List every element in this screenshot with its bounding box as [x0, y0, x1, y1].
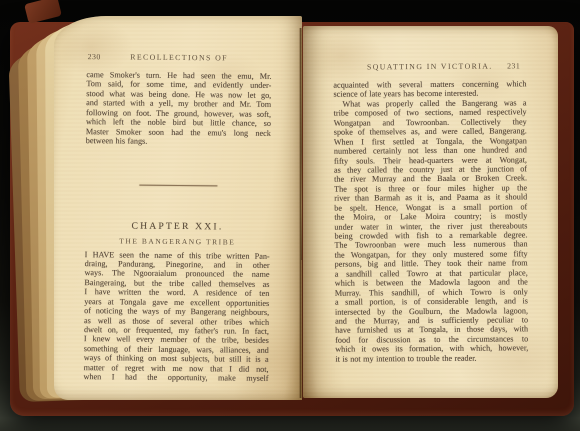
binding-thread	[301, 80, 302, 260]
page-number-left: 230	[88, 52, 101, 62]
paragraph: What was properly called the Bangerang w…	[334, 98, 529, 364]
running-header-right: SQUATTING IN VICTORIA.	[367, 62, 493, 72]
text-line: when I had the opportunity, make myself	[83, 372, 268, 383]
left-page: 230 RECOLLECTIONS OF came Smoker's turn.…	[54, 16, 302, 400]
chapter-heading: CHAPTER XXI.	[85, 220, 270, 233]
right-page-header: SQUATTING IN VICTORIA. 231	[333, 61, 526, 72]
opening-paragraph: I HAVE seen the name of this tribe writt…	[83, 250, 269, 384]
page-number-right: 231	[507, 61, 520, 71]
text-line: which it owes its formation, with which,…	[335, 344, 528, 355]
left-page-header: 230 RECOLLECTIONS OF	[87, 52, 272, 64]
left-page-content: 230 RECOLLECTIONS OF came Smoker's turn.…	[54, 16, 302, 400]
continuation-paragraph: came Smoker's turn. He had seen the emu,…	[86, 70, 272, 147]
right-page-content: SQUATTING IN VICTORIA. 231 acquainted wi…	[303, 26, 558, 398]
running-header-left: RECOLLECTIONS OF	[130, 53, 228, 63]
right-page: SQUATTING IN VICTORIA. 231 acquainted wi…	[303, 26, 558, 398]
paragraph: acquainted with several matters concerni…	[333, 79, 526, 99]
text-line: it is not my intention to trouble the re…	[335, 353, 528, 364]
photo-background: 230 RECOLLECTIONS OF came Smoker's turn.…	[0, 0, 580, 431]
text-line: between his fangs.	[86, 136, 271, 147]
section-divider	[139, 184, 217, 186]
chapter-subtitle: THE BANGERANG TRIBE	[85, 236, 270, 247]
